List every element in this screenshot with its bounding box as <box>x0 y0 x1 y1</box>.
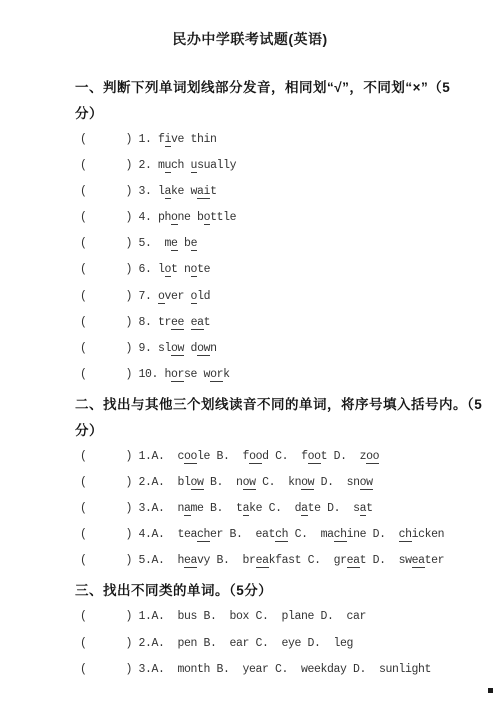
underlined-letters: ch <box>399 528 412 542</box>
underlined-letters: or <box>171 368 184 382</box>
question-text: ke w <box>171 185 197 198</box>
underlined-letters: or <box>210 368 223 382</box>
question-text: t n <box>171 263 191 276</box>
corner-mark <box>488 688 493 693</box>
question-section-2: 二、找出与其他三个划线读音不同的单词，将序号填入括号内。（5分）( ) 1.A.… <box>75 392 480 574</box>
question-row: ( ) 5.A. heavy B. breakfast C. great D. … <box>75 548 480 574</box>
question-row: ( ) 3. lake wait <box>75 179 480 205</box>
section-heading: 分） <box>75 418 480 444</box>
underlined-letters: ea <box>347 554 360 568</box>
question-text: ( ) 2. m <box>80 159 165 172</box>
question-text: ( ) 3. l <box>80 185 165 198</box>
question-text: d C. f <box>262 450 308 463</box>
question-text: te <box>197 263 210 276</box>
question-text: B. n <box>204 476 243 489</box>
question-text: ter <box>425 554 445 567</box>
question-text: ( ) 1.A. c <box>80 450 184 463</box>
underlined-letters: ow <box>360 476 373 490</box>
question-text: t D. z <box>321 450 367 463</box>
question-row: ( ) 3.A. month B. year C. weekday D. sun… <box>75 657 480 683</box>
question-text: n <box>210 342 217 355</box>
underlined-letters: oo <box>308 450 321 464</box>
exam-paper: 民办中学联考试题(英语) 一、判断下列单词划线部分发音，相同划“√”，不同划“×… <box>0 0 500 707</box>
question-row: ( ) 2.A. blow B. now C. know D. snow <box>75 470 480 496</box>
question-text: le B. f <box>197 450 249 463</box>
underlined-letters: oo <box>184 450 197 464</box>
question-text: ( ) 7. <box>80 290 158 303</box>
underlined-letters: ow <box>171 342 184 356</box>
question-text: t <box>366 502 373 515</box>
sections: 一、判断下列单词划线部分发音，相同划“√”，不同划“×”（5分）( ) 1. f… <box>0 75 500 683</box>
underlined-letters: oo <box>249 450 262 464</box>
question-row: ( ) 1. five thin <box>75 127 480 153</box>
underlined-letters: oo <box>366 450 379 464</box>
underlined-letters: ea <box>184 554 197 568</box>
question-text: ne b <box>178 211 204 224</box>
question-text: ( ) 6. l <box>80 263 165 276</box>
underlined-letters: ee <box>171 316 184 330</box>
question-text: ( ) 3.A. n <box>80 502 184 515</box>
question-text: t <box>210 185 217 198</box>
question-text: ttle <box>210 211 236 224</box>
question-text: ( ) 2.A. bl <box>80 476 191 489</box>
underlined-letters: ow <box>197 342 210 356</box>
question-text: d <box>184 342 197 355</box>
underlined-letters: ow <box>243 476 256 490</box>
question-text: ( ) 1.A. bus B. box C. plane D. car <box>80 610 366 623</box>
question-text: er B. eat <box>210 528 275 541</box>
question-text: ch <box>171 159 191 172</box>
question-row: ( ) 2. much usually <box>75 153 480 179</box>
underlined-letters: ea <box>412 554 425 568</box>
question-text: ( ) 5. m <box>80 237 171 250</box>
question-text: ( ) 4.A. tea <box>80 528 197 541</box>
question-section-3: 三、找出不同类的单词。（5分）( ) 1.A. bus B. box C. pl… <box>75 578 480 682</box>
question-text: se w <box>184 368 210 381</box>
question-text: icken <box>412 528 445 541</box>
question-row: ( ) 2.A. pen B. ear C. eye D. leg <box>75 631 480 657</box>
page-title: 民办中学联考试题(英语) <box>0 0 500 49</box>
question-text: t D. sw <box>360 554 412 567</box>
question-text: te D. s <box>308 502 360 515</box>
underlined-letters: ea <box>256 554 269 568</box>
question-text: ( ) 3.A. month B. year C. weekday D. sun… <box>80 663 431 676</box>
question-text <box>184 316 191 329</box>
question-text: ld <box>197 290 210 303</box>
question-text: C. kn <box>256 476 302 489</box>
question-text: k <box>223 368 230 381</box>
question-text: t <box>204 316 211 329</box>
question-text: ( ) 4. ph <box>80 211 171 224</box>
question-row: ( ) 4.A. teacher B. eatch C. machine D. … <box>75 522 480 548</box>
question-text: ( ) 2.A. pen B. ear C. eye D. leg <box>80 637 353 650</box>
section-heading: 一、判断下列单词划线部分发音，相同划“√”，不同划“×”（5 <box>75 75 480 101</box>
question-row: ( ) 10. horse work <box>75 362 480 388</box>
section-heading: 二、找出与其他三个划线读音不同的单词，将序号填入括号内。（5 <box>75 392 480 418</box>
question-row: ( ) 7. over old <box>75 284 480 310</box>
question-text: C. ma <box>288 528 334 541</box>
question-text: ve thin <box>171 133 217 146</box>
underlined-letters: ch <box>334 528 347 542</box>
underlined-letters: ea <box>191 316 204 330</box>
underlined-letters: ch <box>197 528 210 542</box>
question-text: kfast C. gr <box>269 554 347 567</box>
question-text: ( ) 5.A. h <box>80 554 184 567</box>
underlined-letters: ow <box>301 476 314 490</box>
question-row: ( ) 1.A. bus B. box C. plane D. car <box>75 604 480 630</box>
section-heading: 三、找出不同类的单词。（5分） <box>75 578 480 604</box>
underlined-letters: e <box>191 237 198 251</box>
question-row: ( ) 1.A. coole B. food C. foot D. zoo <box>75 444 480 470</box>
question-text: ( ) 1. f <box>80 133 165 146</box>
question-text: vy B. br <box>197 554 256 567</box>
question-text: ke C. d <box>249 502 301 515</box>
underlined-letters: ch <box>275 528 288 542</box>
question-text: ine D. <box>347 528 399 541</box>
question-row: ( ) 9. slow down <box>75 336 480 362</box>
question-text: sually <box>197 159 236 172</box>
question-text: ver <box>165 290 191 303</box>
question-text: ( ) 8. tr <box>80 316 171 329</box>
question-row: ( ) 8. tree eat <box>75 310 480 336</box>
question-row: ( ) 4. phone bottle <box>75 205 480 231</box>
underlined-letters: ai <box>197 185 210 199</box>
question-text: b <box>178 237 191 250</box>
question-row: ( ) 5. me be <box>75 231 480 257</box>
question-row: ( ) 6. lot note <box>75 257 480 283</box>
underlined-letters: ow <box>191 476 204 490</box>
section-heading: 分） <box>75 101 480 127</box>
question-text: D. sn <box>314 476 360 489</box>
question-section-1: 一、判断下列单词划线部分发音，相同划“√”，不同划“×”（5分）( ) 1. f… <box>75 75 480 388</box>
question-text: me B. t <box>191 502 243 515</box>
question-row: ( ) 3.A. name B. take C. date D. sat <box>75 496 480 522</box>
question-text: ( ) 9. sl <box>80 342 171 355</box>
question-text: ( ) 10. h <box>80 368 171 381</box>
